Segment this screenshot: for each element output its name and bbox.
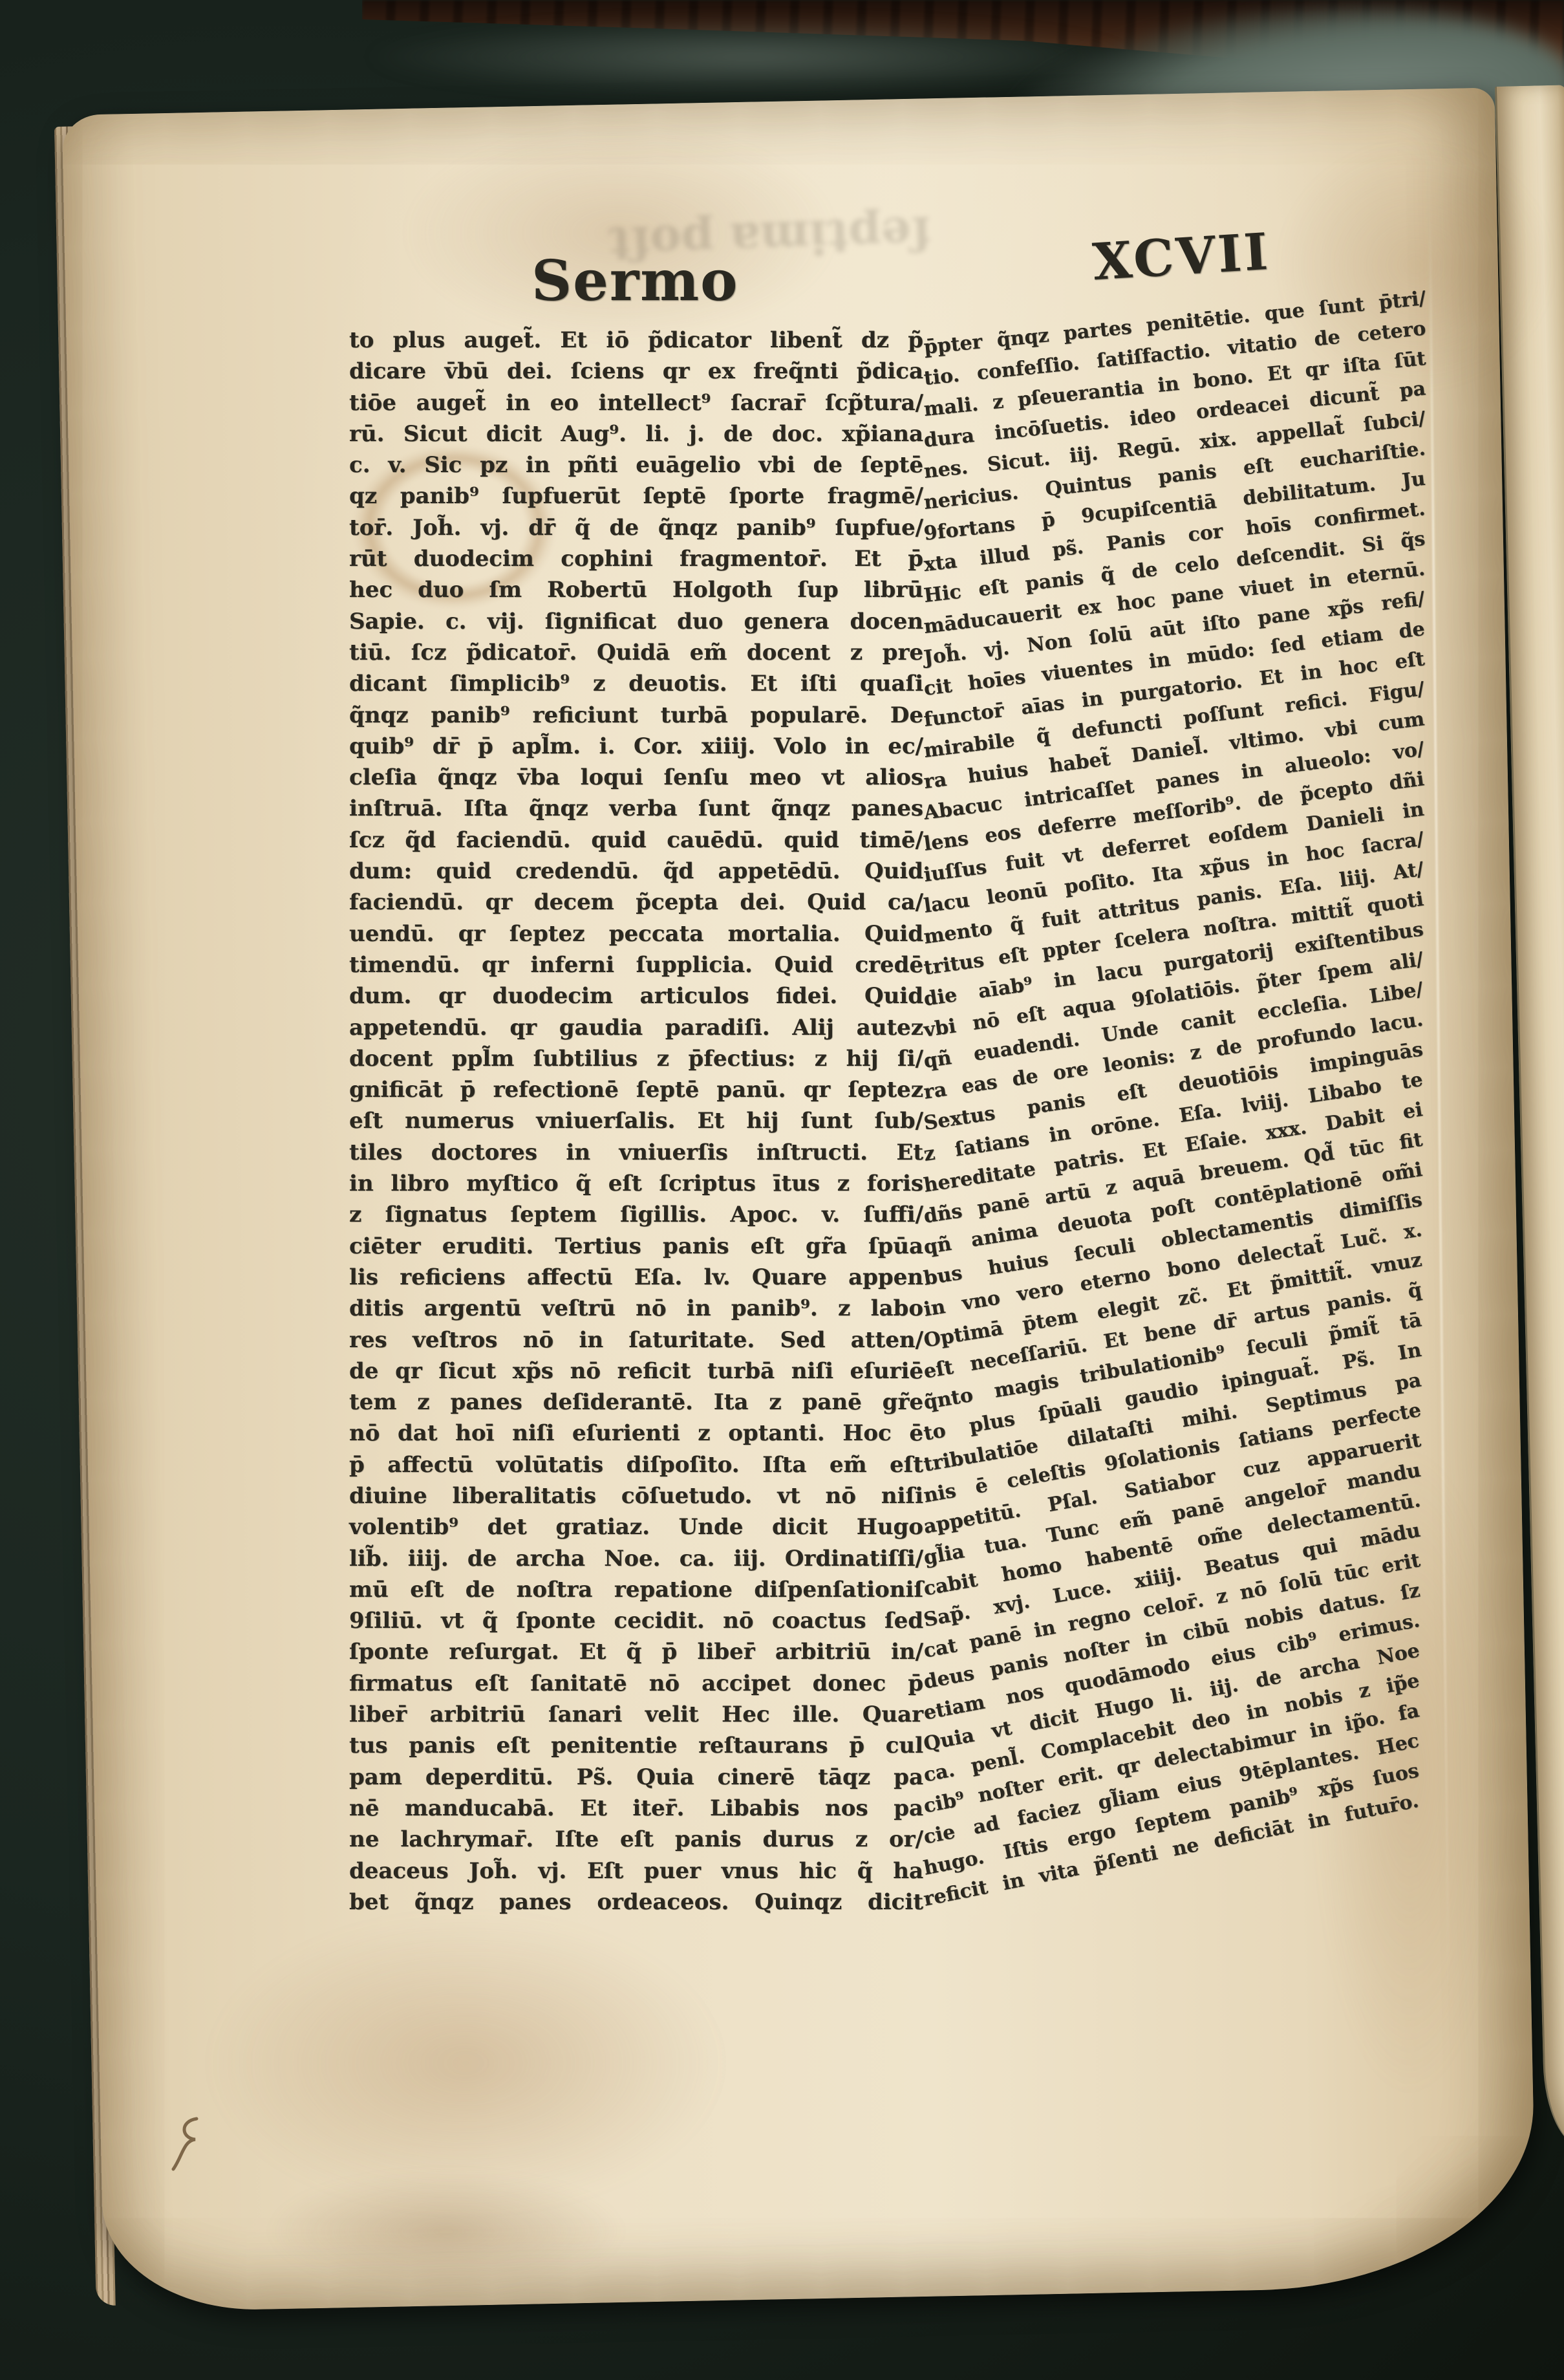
text-line: faciendū. qr decem p̃cepta dei. Quid ca/ bbox=[349, 887, 923, 918]
text-line: tus panis eſt penitentie reſtaurans p̄ c… bbox=[349, 1730, 923, 1761]
text-column-right: p̄pter q̃nqz partes penitētie. que ſunt … bbox=[924, 332, 1428, 1916]
text-line: diuine liberalitatis cōſuetudo. vt nō ni… bbox=[349, 1480, 923, 1511]
text-line: lib̃. iiij. de archa Noe. ca. iij. Ordin… bbox=[349, 1543, 923, 1574]
text-line: nō dat hoī niſi eſurienti z optanti. Hoc… bbox=[349, 1418, 923, 1449]
text-line: uendū. qr ſeptez peccata mortalia. Quid bbox=[349, 918, 923, 949]
text-line: bet q̃nqz panes ordeaceos. Quinqz dicit bbox=[349, 1887, 923, 1918]
text-line: mū eſt de noſtra repatione diſpenſationi… bbox=[349, 1574, 923, 1605]
text-line: dum: quid credendū. q̃d appetēdū. Quid bbox=[349, 856, 923, 887]
text-line: ciēter eruditi. Tertius panis eſt gr̃a ſ… bbox=[349, 1231, 923, 1262]
book-fore-edge-blur-left bbox=[362, 18, 1138, 96]
text-line: de qr ſicut xp̃s nō reficit turbā niſi e… bbox=[349, 1356, 923, 1387]
text-line: p̄ affectū volūtatis diſpoſito. Iſta em̃… bbox=[349, 1449, 923, 1480]
text-line: inſtruā. Iſta q̃nqz verba ſunt q̃nqz pan… bbox=[349, 793, 923, 824]
text-line: dicant ſimplicib⁹ z deuotis. Et iſti qua… bbox=[349, 668, 923, 699]
text-line: eſt numerus vniuerſalis. Et hij ſunt ſub… bbox=[349, 1105, 923, 1136]
text-line: to plus auget̃. Et iō p̃dicator libent̃ … bbox=[349, 325, 923, 356]
text-line: deaceus Joh̃. vj. Eſt puer vnus hic q̃ h… bbox=[349, 1855, 923, 1887]
text-line: q̃nqz panib⁹ reficiunt turbā popularē. D… bbox=[349, 700, 923, 731]
text-line: quib⁹ dr̄ p̄ apl̃m. i. Cor. xiiij. Volo … bbox=[349, 731, 923, 762]
text-line: tor̄. Joh̃. vj. dr̄ q̃ de q̃nqz panib⁹ ſ… bbox=[349, 512, 923, 543]
text-line: qz panib⁹ ſupfuerūt ſeptē ſporte fragmē/ bbox=[349, 481, 923, 512]
text-line: gnificāt p̄ refectionē ſeptē panū. qr ſe… bbox=[349, 1074, 923, 1105]
text-line: dum. qr duodecim articulos fidei. Quid bbox=[349, 980, 923, 1011]
text-line: hec duo ſm Robertū Holgoth ſup librū bbox=[349, 574, 923, 605]
text-line: tiū. ſcz p̃dicator̄. Quidā em̃ docent z … bbox=[349, 637, 923, 668]
page-number: XCVII bbox=[1091, 222, 1272, 292]
text-line: z ſignatus ſeptem ſigillis. Apoc. v. ſuf… bbox=[349, 1199, 923, 1230]
text-line: tem z panes deſiderantē. Ita z panē gr̃e bbox=[349, 1387, 923, 1418]
text-line: tiōe auget̃ in eo intellect⁹ ſacrar̄ ſcp… bbox=[349, 387, 923, 418]
ink-mark bbox=[163, 2114, 215, 2178]
text-line: Sapie. c. vij. ſignificat duo genera doc… bbox=[349, 606, 923, 637]
text-line: lis reficiens affectū Eſa. lv. Quare app… bbox=[349, 1262, 923, 1293]
text-line: volentib⁹ det gratiaz. Unde dicit Hugo bbox=[349, 1511, 923, 1542]
text-line: in libro myſtico q̃ eſt ſcriptus ītus z … bbox=[349, 1168, 923, 1199]
text-line: ſponte reſurgat. Et q̃ p̄ liber̄ arbitri… bbox=[349, 1636, 923, 1667]
text-line: pam deperditū. Ps̃. Quia cinerē tāqz pa bbox=[349, 1762, 923, 1793]
text-line: liber̄ arbitriū ſanari velit Hec ille. Q… bbox=[349, 1699, 923, 1730]
running-title: Sermo bbox=[531, 248, 739, 314]
text-line: rūt duodecim cophini fragmentor̄. Et p̄ bbox=[349, 543, 923, 574]
text-line: dicare v̄bū dei. ſciens qr ex freq̃nti p… bbox=[349, 356, 923, 387]
text-line: timendū. qr inferni ſupplicia. Quid cred… bbox=[349, 949, 923, 980]
text-line: ſcz q̃d faciendū. quid cauēdū. quid timē… bbox=[349, 825, 923, 856]
text-line: c. v. Sic pz in pñti euāgelio vbi de ſep… bbox=[349, 449, 923, 481]
text-column-left: to plus auget̃. Et iō p̃dicator libent̃ … bbox=[349, 325, 923, 1918]
text-line: ditis argentū veſtrū nō in panib⁹. z lab… bbox=[349, 1293, 923, 1324]
text-line: 9ſiliū. vt q̃ ſponte cecidit. nō coactus… bbox=[349, 1605, 923, 1636]
text-line: rū. Sicut dicit Aug⁹. li. j. de doc. xp̃… bbox=[349, 418, 923, 449]
text-line: ne lachrymar̄. Iſte eſt panis durus z or… bbox=[349, 1824, 923, 1855]
photo-scene: ſeptima poſt Sermo XCVII to plus auget̃.… bbox=[0, 0, 1564, 2380]
text-line: firmatus eſt ſanitatē nō accipet donec p… bbox=[349, 1668, 923, 1699]
text-line: res veſtros nō in ſaturitate. Sed atten/ bbox=[349, 1325, 923, 1356]
text-line: nē manducabā. Et iter̄. Libabis nos pa bbox=[349, 1793, 923, 1824]
text-line: cleſia q̃nqz v̄ba loqui ſenſu meo vt ali… bbox=[349, 762, 923, 793]
text-line: tiles doctores in vniuerſis inſtructi. E… bbox=[349, 1137, 923, 1168]
text-line: appetendū. qr gaudia paradiſi. Alij aute… bbox=[349, 1012, 923, 1043]
text-line: docent ppl̃m ſubtilius z p̄fectius: z hi… bbox=[349, 1043, 923, 1074]
